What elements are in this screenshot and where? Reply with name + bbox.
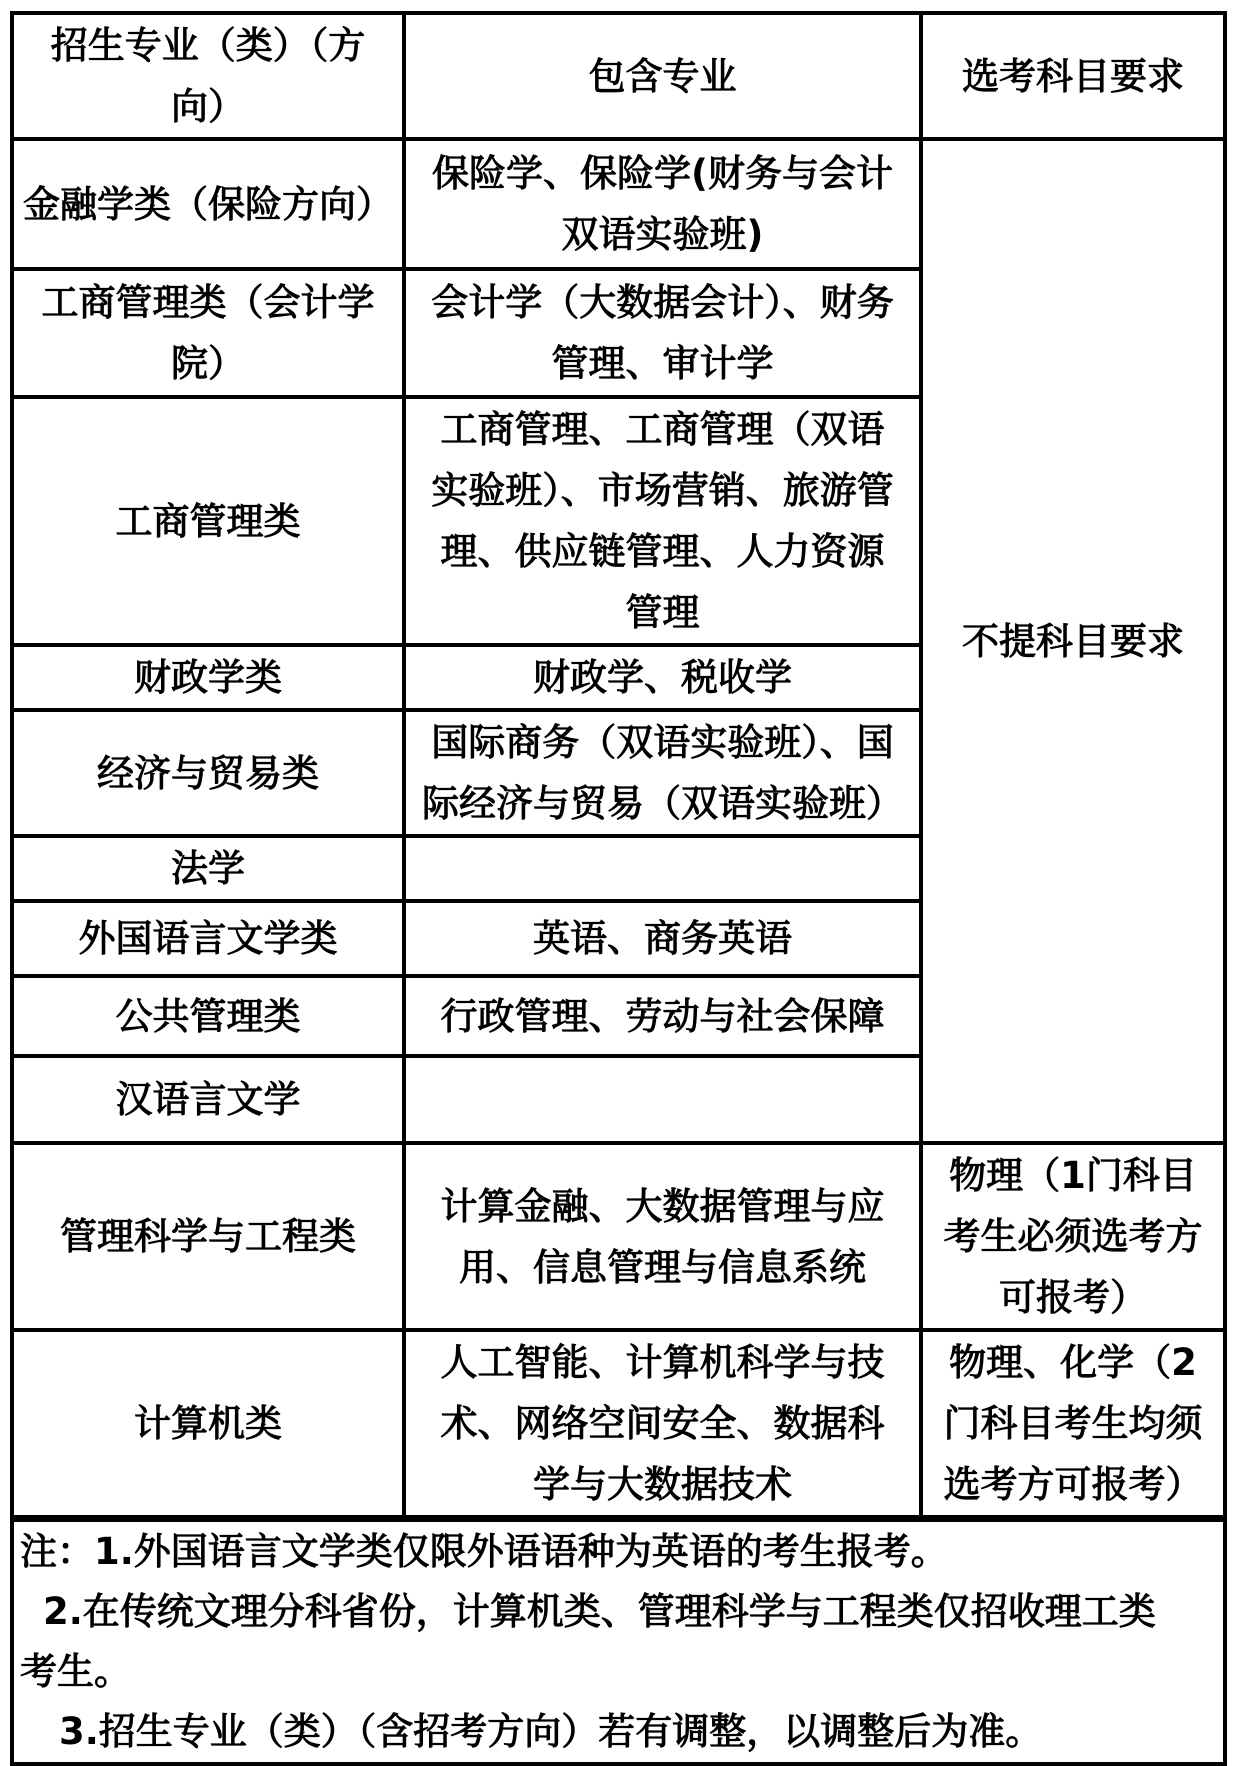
major-cell: 工商管理类 [12,397,404,645]
includes-cell: 英语、商务英语 [404,901,921,976]
notes-row: 注：1.外国语言文学类仅限外语语种为英语的考生报考。 2.在传统文理分科省份，计… [12,1519,1225,1761]
note-line: 2.在传统文理分科省份，计算机类、管理科学与工程类仅招收理工类 [43,1582,1223,1642]
includes-cell: 保险学、保险学(财务与会计 双语实验班) [404,139,921,269]
header-includes-column: 包含专业 [404,13,921,139]
note-line: 3.招生专业（类）（含招考方向）若有调整，以调整后为准。 [59,1702,1223,1760]
includes-cell: 财政学、税收学 [404,645,921,710]
includes-cell [404,1056,921,1143]
header-requirement-column: 选考科目要求 [921,13,1225,139]
major-cell: 工商管理类（会计学 院） [12,269,404,397]
major-cell: 财政学类 [12,645,404,710]
table-row: 管理科学与工程类 计算金融、大数据管理与应 用、信息管理与信息系统 物理（1门科… [12,1143,1225,1330]
major-cell: 外国语言文学类 [12,901,404,976]
note-line: 考生。 [20,1642,1223,1702]
subject-requirement-cell: 物理（1门科目 考生必须选考方 可报考） [921,1143,1225,1330]
major-cell: 金融学类（保险方向） [12,139,404,269]
includes-cell: 会计学（大数据会计）、财务 管理、审计学 [404,269,921,397]
includes-cell [404,836,921,901]
header-major-column: 招生专业（类）（方 向） [12,13,404,139]
includes-cell: 国际商务（双语实验班）、国 际经济与贸易（双语实验班） [404,710,921,836]
includes-cell: 人工智能、计算机科学与技 术、网络空间安全、数据科 学与大数据技术 [404,1330,921,1519]
subject-requirement-cell: 物理、化学（2 门科目考生均须 选考方可报考） [921,1330,1225,1519]
major-cell: 经济与贸易类 [12,710,404,836]
major-cell: 汉语言文学 [12,1056,404,1143]
merged-subject-requirement-cell: 不提科目要求 [921,139,1225,1143]
table-row: 金融学类（保险方向） 保险学、保险学(财务与会计 双语实验班) 不提科目要求 [12,139,1225,269]
includes-cell: 工商管理、工商管理（双语 实验班）、市场营销、旅游管 理、供应链管理、人力资源 … [404,397,921,645]
major-cell: 法学 [12,836,404,901]
admission-majors-table: 招生专业（类）（方 向） 包含专业 选考科目要求 金融学类（保险方向） 保险学、… [10,11,1227,1760]
note-line: 注：1.外国语言文学类仅限外语语种为英语的考生报考。 [20,1522,1223,1582]
major-cell: 公共管理类 [12,976,404,1056]
major-cell: 计算机类 [12,1330,404,1519]
major-cell: 管理科学与工程类 [12,1143,404,1330]
table-row: 计算机类 人工智能、计算机科学与技 术、网络空间安全、数据科 学与大数据技术 物… [12,1330,1225,1519]
notes-cell: 注：1.外国语言文学类仅限外语语种为英语的考生报考。 2.在传统文理分科省份，计… [12,1519,1225,1761]
includes-cell: 行政管理、劳动与社会保障 [404,976,921,1056]
includes-cell: 计算金融、大数据管理与应 用、信息管理与信息系统 [404,1143,921,1330]
table-header-row: 招生专业（类）（方 向） 包含专业 选考科目要求 [12,13,1225,139]
